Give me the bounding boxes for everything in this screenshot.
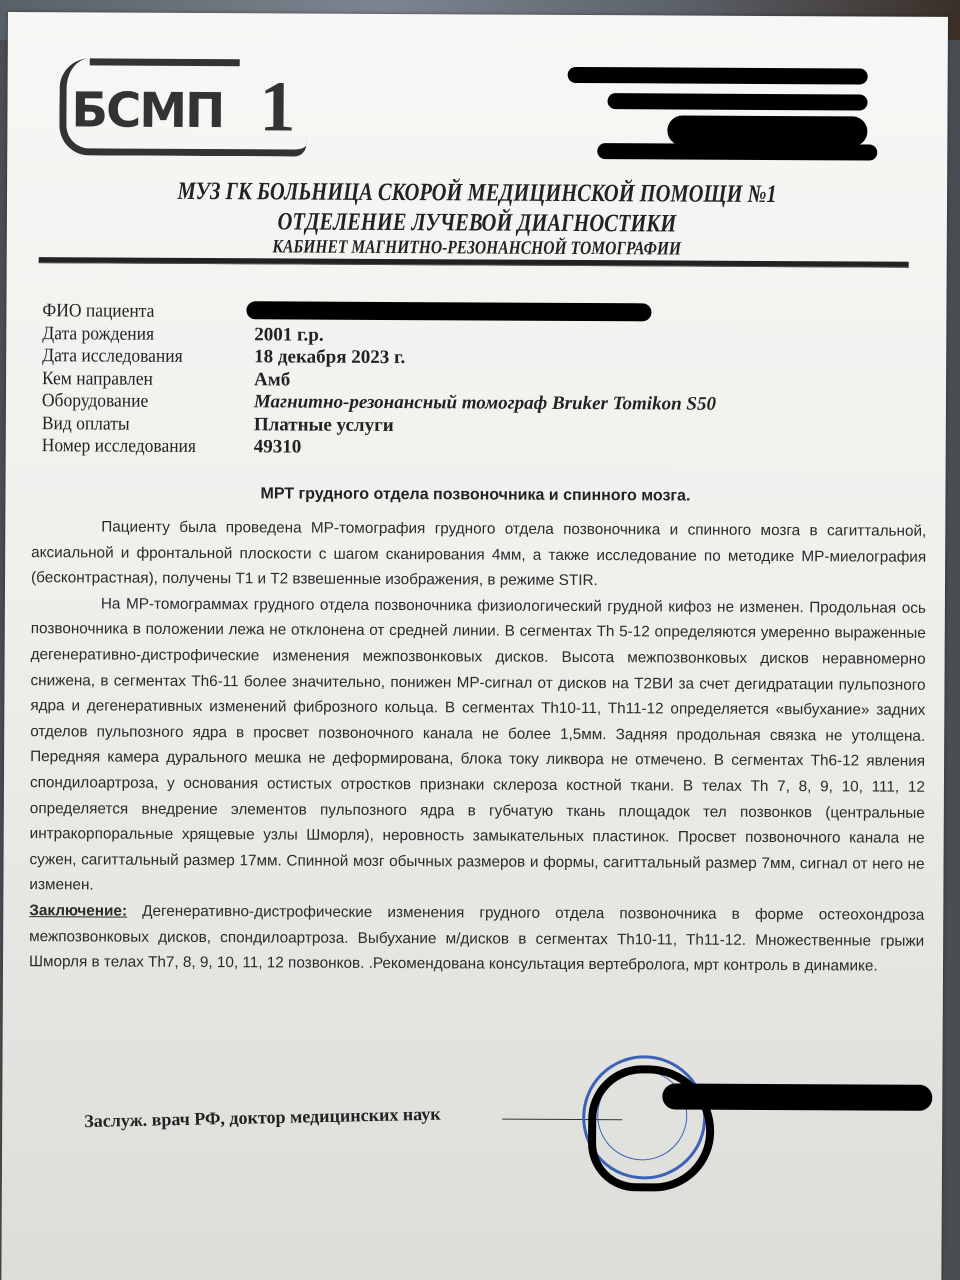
document-page: БСМП 1 МУЗ ГК БОЛЬНИЦА СКОРОЙ МЕДИЦИНСКО… bbox=[1, 12, 948, 1280]
org-name: МУЗ ГК БОЛЬНИЦА СКОРОЙ МЕДИЦИНСКОЙ ПОМОЩ… bbox=[92, 177, 863, 209]
hospital-logo: БСМП 1 bbox=[59, 52, 310, 153]
signature-title: Заслуж. врач РФ, доктор медицинских наук bbox=[84, 1104, 441, 1132]
department-name: ОТДЕЛЕНИЕ ЛУЧЕВОЙ ДИАГНОСТИКИ bbox=[91, 207, 862, 239]
info-row: Номер исследования49310 bbox=[42, 435, 716, 461]
redacted-contact-info bbox=[597, 143, 877, 160]
logo-number: 1 bbox=[259, 65, 295, 148]
report-title: МРТ грудного отдела позвоночника и спинн… bbox=[5, 484, 945, 507]
redacted-patient-name bbox=[246, 301, 651, 321]
findings-paragraph: На МР-томограммах грудного отдела позвон… bbox=[29, 591, 926, 903]
redacted-contact-info bbox=[667, 115, 867, 146]
method-paragraph: Пациенту была проведена МР-томография гр… bbox=[31, 514, 926, 595]
redacted-contact-info bbox=[607, 93, 867, 110]
report-body: Пациенту была проведена МР-томография гр… bbox=[29, 514, 926, 979]
redacted-doctor-name bbox=[662, 1083, 932, 1110]
conclusion-label: Заключение: bbox=[29, 902, 127, 920]
logo-text: БСМП bbox=[71, 82, 223, 139]
conclusion-paragraph: Заключение: Дегенеративно-дистрофические… bbox=[29, 898, 924, 979]
redacted-contact-info bbox=[568, 67, 868, 85]
patient-info: ФИО пациента Дата рождения2001 г.р. Дата… bbox=[42, 300, 717, 461]
conclusion-text: Дегенеративно-дистрофические изменения г… bbox=[29, 903, 924, 975]
